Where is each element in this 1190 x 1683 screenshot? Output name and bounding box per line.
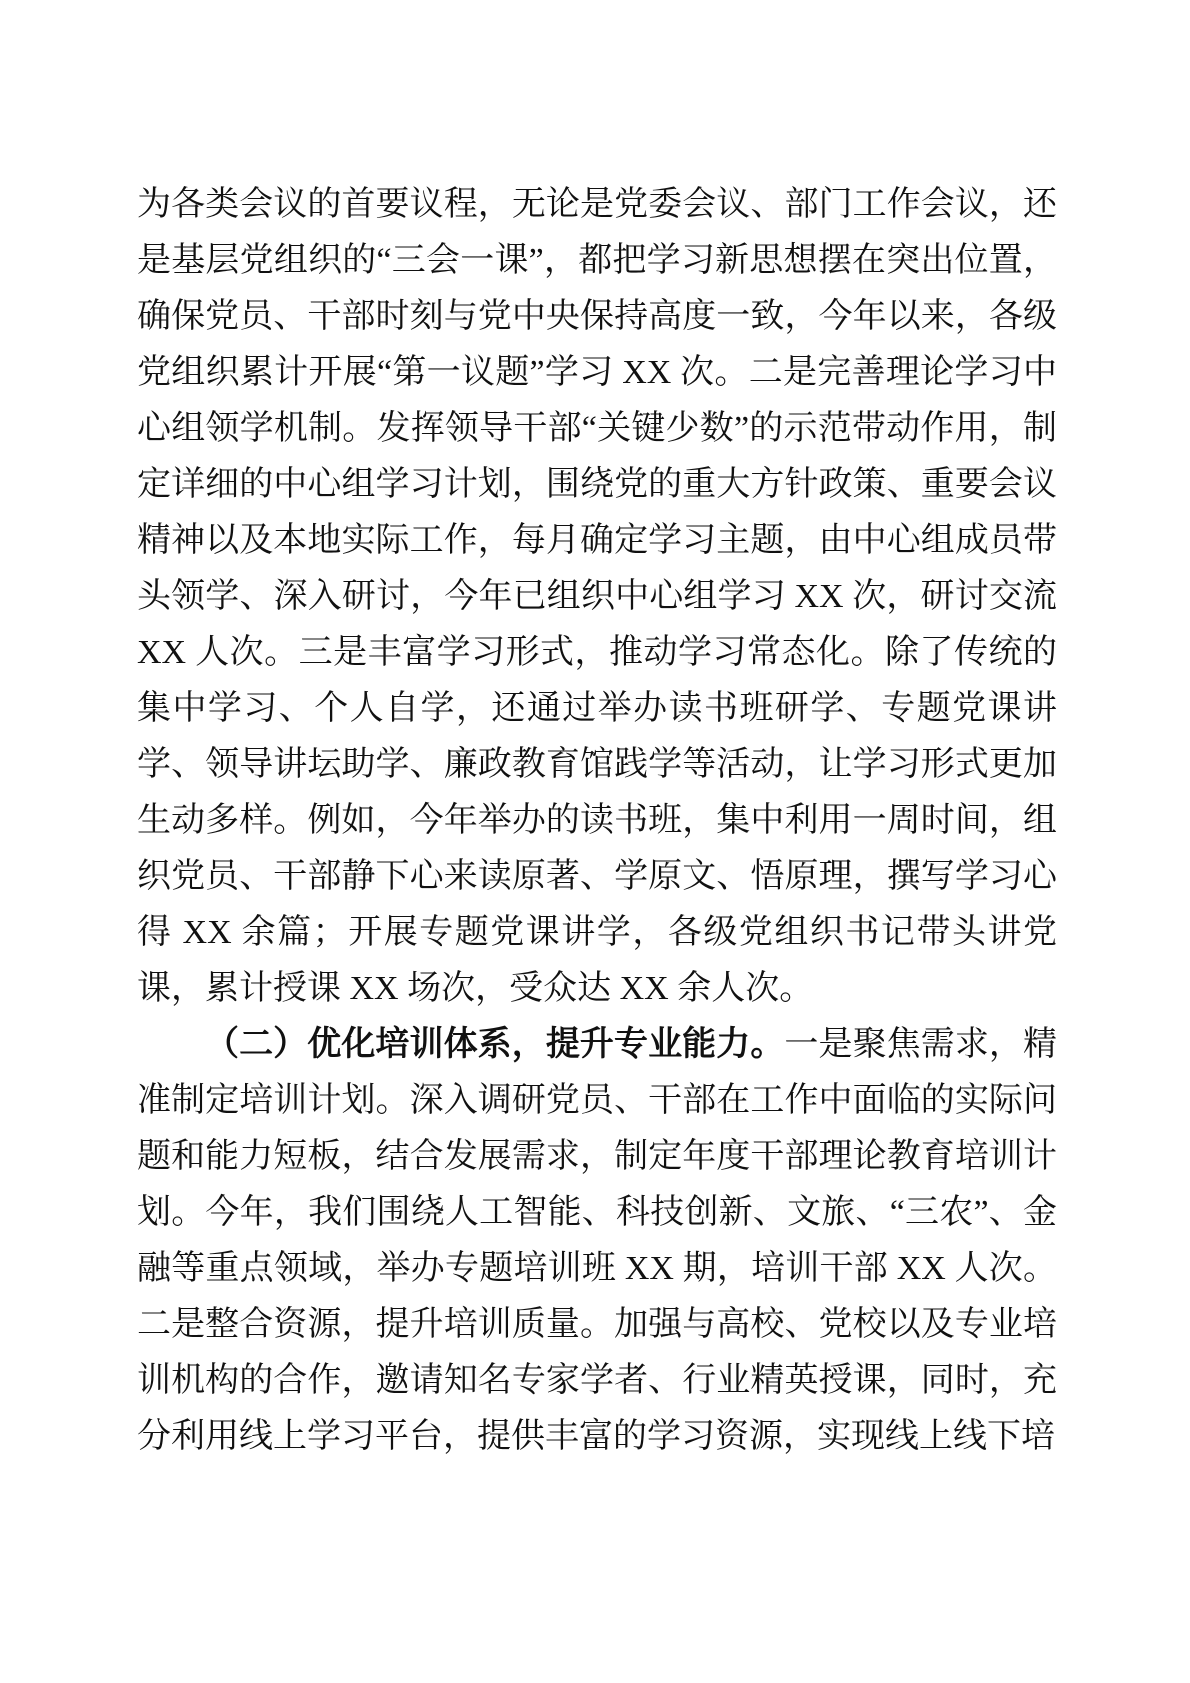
paragraph-continuation: 为各类会议的首要议程，无论是党委会议、部门工作会议，还是基层党组织的“三会一课”… — [137, 177, 1057, 1017]
section-heading: （二）优化培训体系，提升专业能力。 — [205, 1026, 784, 1063]
paragraph-text: 一是聚焦需求，精准制定培训计划。深入调研党员、干部在工作中面临的实际问题和能力短… — [137, 1026, 1057, 1455]
document-content: 为各类会议的首要议程，无论是党委会议、部门工作会议，还是基层党组织的“三会一课”… — [137, 177, 1057, 1465]
paragraph-section-two: （二）优化培训体系，提升专业能力。一是聚焦需求，精准制定培训计划。深入调研党员、… — [137, 1017, 1057, 1465]
paragraph-text: 为各类会议的首要议程，无论是党委会议、部门工作会议，还是基层党组织的“三会一课”… — [137, 186, 1057, 1007]
document-page: 为各类会议的首要议程，无论是党委会议、部门工作会议，还是基层党组织的“三会一课”… — [0, 0, 1190, 1683]
